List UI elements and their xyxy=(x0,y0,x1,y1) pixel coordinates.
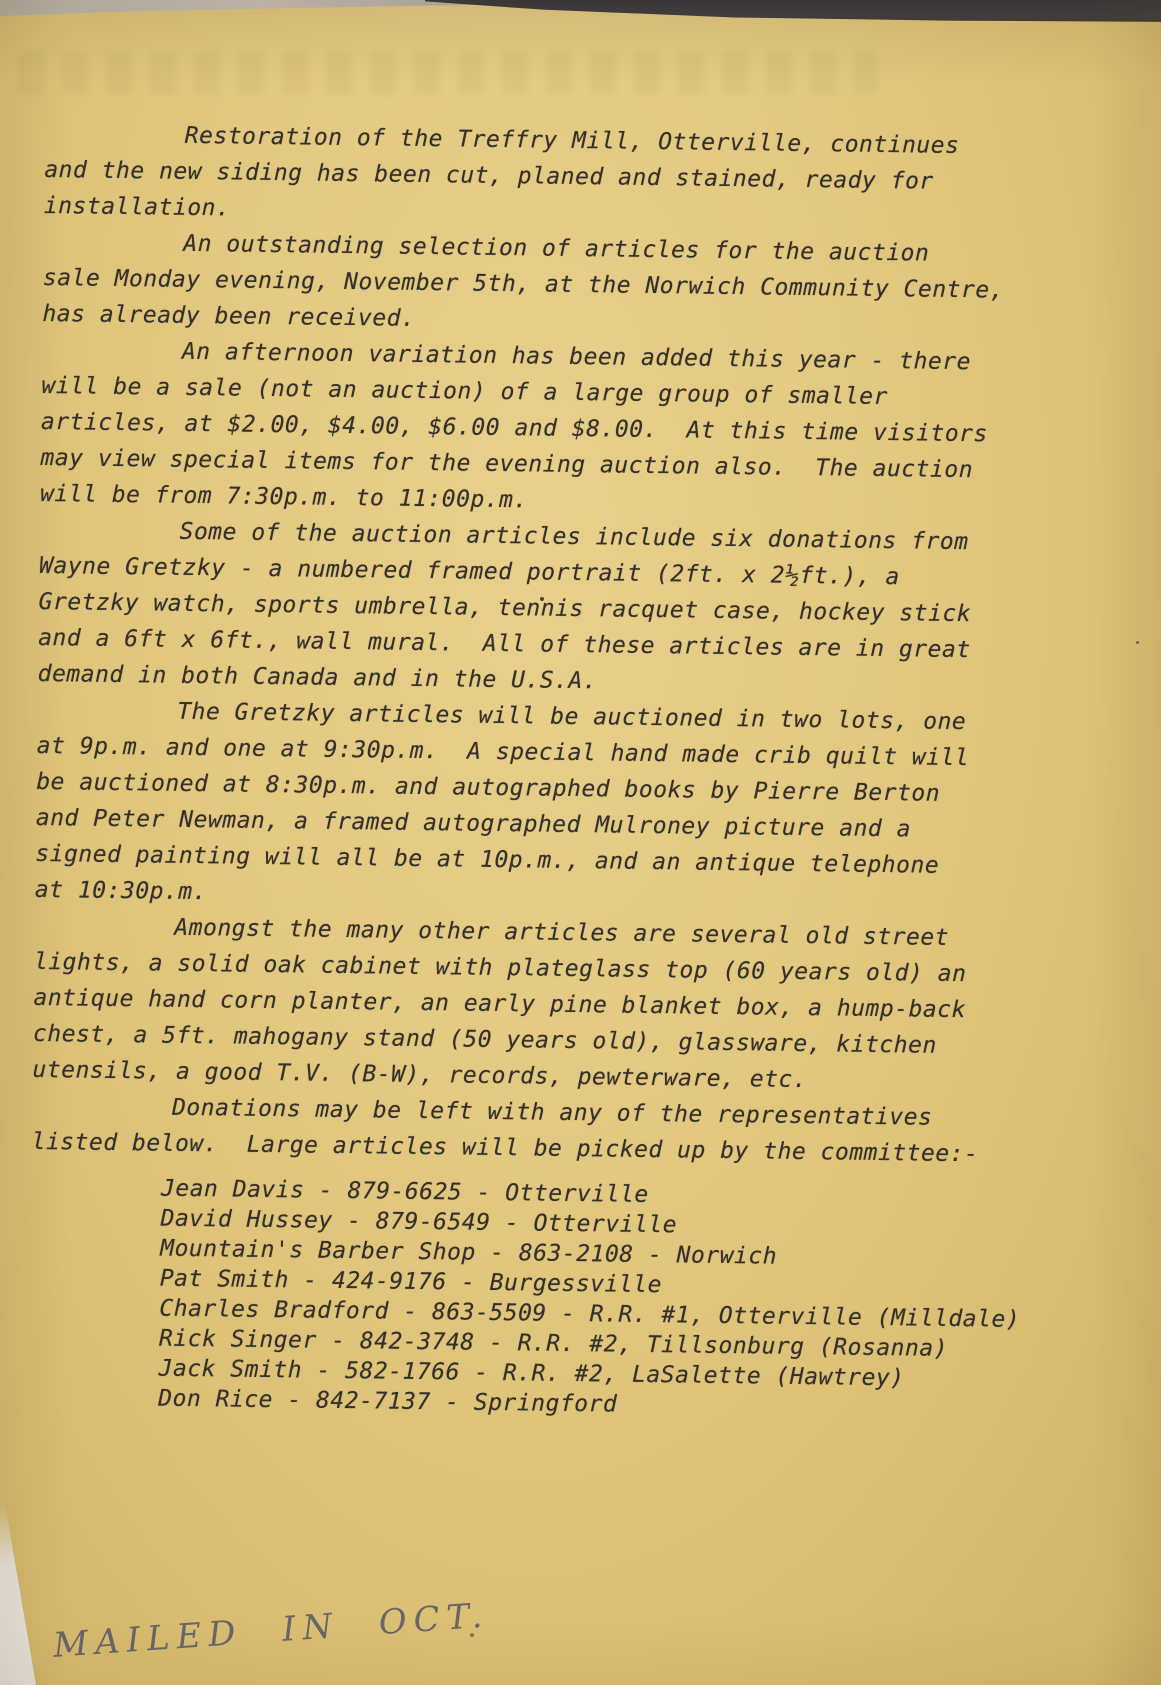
handwritten-note: MAILED IN OCT. xyxy=(52,1596,490,1666)
paper-speck xyxy=(1136,641,1139,644)
paragraph: Amongst the many other articles are seve… xyxy=(32,908,1114,1102)
paragraph: The Gretzky articles will be auctioned i… xyxy=(35,692,1118,922)
paragraph: An afternoon variation has been added th… xyxy=(40,332,1122,526)
scanned-page: Restoration of the Treffry Mill, Ottervi… xyxy=(0,0,1161,1685)
paper-speck xyxy=(540,597,544,601)
ink-bleed-through xyxy=(18,52,878,94)
scanner-edge-strip xyxy=(0,0,480,16)
page-edge xyxy=(0,1500,36,1685)
committee-list: Jean Davis - 879-6625 - Otterville David… xyxy=(158,1174,1111,1426)
paper-speck xyxy=(470,1633,474,1637)
document-body: Restoration of the Treffry Mill, Ottervi… xyxy=(28,116,1125,1426)
paragraph: Some of the auction articles include six… xyxy=(37,512,1119,706)
paragraph: Donations may be left with any of the re… xyxy=(31,1088,1112,1174)
paragraph: An outstanding selection of articles for… xyxy=(42,224,1123,346)
scanner-background-band xyxy=(425,0,1161,23)
paragraph: Restoration of the Treffry Mill, Ottervi… xyxy=(44,116,1125,238)
